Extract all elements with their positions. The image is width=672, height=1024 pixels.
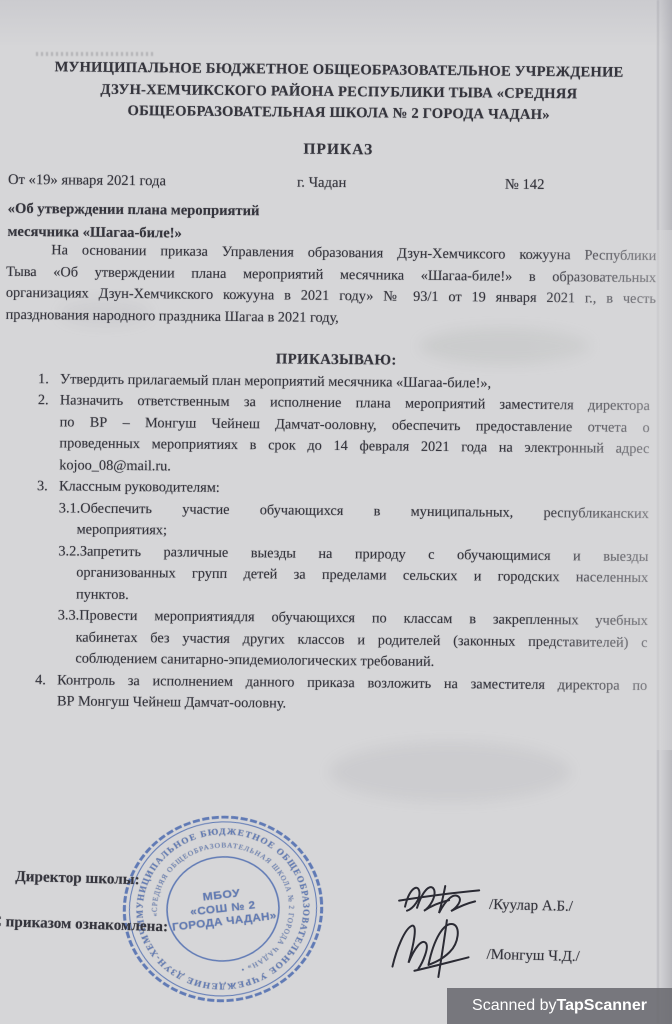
- order-number: № 142: [505, 177, 545, 194]
- document-content: МУНИЦИПАЛЬНОЕ БЮДЖЕТНОЕ ОБЩЕОБРАЗОВАТЕЛЬ…: [0, 0, 672, 1024]
- director-name: /Куулар А.Б./: [489, 897, 573, 916]
- order-date: От «19» января 2021 года: [8, 172, 166, 191]
- item-text: Назначить ответственным за исполнение пл…: [60, 392, 650, 414]
- acknowledged-name: /Монгуш Ч.Д./: [486, 947, 580, 966]
- subject-line1: «Об утверждении плана мероприятий: [8, 198, 428, 225]
- stamp-graphic: МУНИЦИПАЛЬНОЕ БЮДЖЕТНОЕ ОБЩЕОБРАЗОВАТЕЛЬ…: [100, 793, 346, 1024]
- order-items: ПРИКАЗЫВАЮ: 1.Утвердить прилагаемый план…: [0, 347, 672, 719]
- tapscanner-watermark: Scanned by TapScanner: [447, 988, 672, 1024]
- document-type-title: ПРИКАЗ: [2, 138, 672, 162]
- signature-mongush: [386, 917, 485, 987]
- school-stamp: МУНИЦИПАЛЬНОЕ БЮДЖЕТНОЕ ОБЩЕОБРАЗОВАТЕЛЬ…: [100, 793, 346, 1024]
- item-number: 1.: [38, 369, 49, 391]
- item-number: 3.: [37, 476, 48, 498]
- scanned-document-page: МУНИЦИПАЛЬНОЕ БЮДЖЕТНОЕ ОБЩЕОБРАЗОВАТЕЛЬ…: [0, 0, 672, 1024]
- item-text: Утвердить прилагаемый план мероприятий м…: [60, 371, 491, 391]
- preamble: На основании приказа Управления образова…: [6, 240, 657, 332]
- order-city: г. Чадан: [297, 175, 346, 192]
- order-meta-row: От «19» января 2021 года г. Чадан № 142: [2, 172, 672, 200]
- item-number: 4.: [35, 670, 46, 692]
- director-label: Директор школы:: [15, 868, 140, 889]
- item-number: 2.: [38, 390, 49, 412]
- item-text: Классным руководителям:: [59, 478, 220, 496]
- item-text: Контроль за исполнением данного приказа …: [57, 672, 647, 694]
- watermark-brand: TapScanner: [557, 997, 647, 1015]
- organization-header: МУНИЦИПАЛЬНОЕ БЮДЖЕТНОЕ ОБЩЕОБРАЗОВАТЕЛЬ…: [3, 57, 672, 128]
- watermark-prefix: Scanned by: [472, 997, 557, 1015]
